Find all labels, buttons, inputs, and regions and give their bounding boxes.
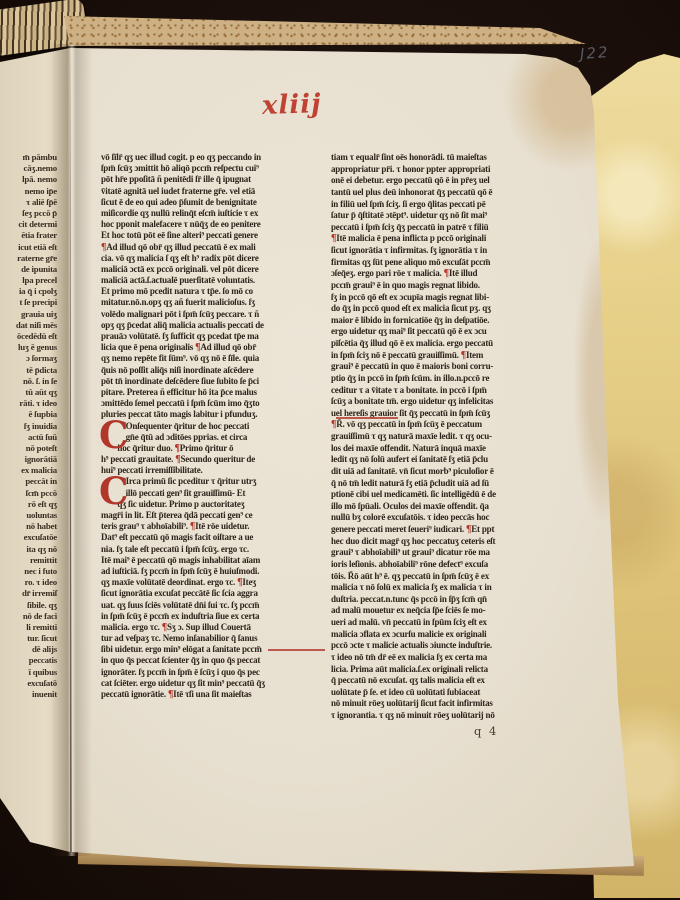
text-line: actū ſuū	[0, 432, 57, 443]
text-line: hoc pponit malefacere τ nūq̄ʒ de eo peni…	[101, 219, 330, 230]
text-line: pōt tn̄ inordinate deſcēdere ſiue ſubito…	[101, 376, 330, 387]
text-line: τ ideo nō tm̄ dr̄ eē ex malicia ſʒ ex ce…	[331, 652, 563, 664]
text-line: tantū uel plus deū inhonorat q̄ʒ peccatū…	[331, 187, 563, 199]
text-line: nō minuit rōeʒ uolūtarij ſicut facit inf…	[331, 698, 563, 710]
text-line: Irca primū ſic pceditur τ q̄ritur utrʒ	[101, 476, 330, 487]
text-line: tū aūt qʒ	[0, 387, 57, 398]
text-line: inuenit	[0, 689, 57, 700]
text-line: peccatū i ſpm̄ ſciʒ q̄ʒ peccatū in patrē…	[331, 222, 563, 234]
text-line: ſpm̄ ſcūʒ ɔmittit hō aliqō pccm̄ reſpect…	[101, 163, 330, 174]
text-line: qʒ maxīe volūtatē deordinat. ergo τc. ¶I…	[101, 577, 330, 588]
text-line: ſicut ignorātia excuſat peccātē ſic ſcia…	[101, 588, 330, 599]
text-line: Et hoc totū pōt eē ſine alteri⁹ peccati …	[101, 230, 330, 241]
text-line: ceditur τ a v̄itate τ a bonitate. in pcc…	[331, 385, 563, 397]
text-line: nia. ſʒ tale eſt peccatū i ſpm̄ ſcūʒ. er…	[101, 544, 330, 555]
text-line: malicia τ nō ſolū ex malicia ſʒ ex malic…	[331, 582, 563, 594]
text-line: ergo uidetur qʒ mai⁹ ſit peccatū qō ē ex…	[331, 326, 563, 338]
pilcrow-mark: ¶	[461, 350, 466, 361]
text-line: ia q̄ i cpolʒ	[0, 286, 57, 297]
text-line: illo mō ſpūali. Oculos dei maxīe offendi…	[331, 501, 563, 513]
text-line: remittit	[0, 555, 57, 566]
text-line: licia que ē pena originalis ¶Ad illud qō…	[101, 342, 330, 353]
text-line: ro. τ ideo	[0, 577, 57, 588]
pilcrow-mark: ¶	[190, 521, 195, 532]
text-line: t ſe precipi	[0, 297, 57, 308]
text-line: pōt hr̄e ppoſitā ñ penitēdi ſr̄ ille q̄ …	[101, 174, 330, 185]
text-line: cit determi	[0, 219, 57, 230]
text-line: do q̄ʒ in pccō quod eſt ex malicia ſicut…	[331, 303, 563, 315]
text-line: genere peccati meret ſeueri⁹ iudicari. ¶…	[331, 524, 563, 536]
text-line: nemo ip̄e	[0, 186, 57, 197]
text-line: ſicut ignorātia τ infirmitas. ſʒ ignorāt…	[331, 245, 563, 257]
text-line: ōcedēdū eſt	[0, 331, 57, 342]
text-line: malicia. ergo τc. ¶Sʒ ɔ. Sup illud Couer…	[101, 622, 330, 633]
text-line: pitare. Preterea ñ efficitur hō ita p̄ce…	[101, 387, 330, 398]
text-line: maliciā ɔctā ex pccō originali. vel pōt …	[101, 264, 330, 275]
text-line: ioris leſionis. abhoīabili⁹ rōne defect⁹…	[331, 559, 563, 571]
text-line: grauiſſimū τ qʒ naturā maxīe ledit. τ qʒ…	[331, 431, 563, 443]
text-line: h⁹ peccati grauitate. ¶Secundo queritur …	[101, 454, 330, 465]
text-line: maliciā actā.ſ.actualē puerſitatē volunt…	[101, 275, 330, 286]
text-column-left: vō ſīlr̄ qʒ uec illud cogit. p eo qʒ pec…	[101, 152, 330, 700]
text-line: nō. ſ. in ſe	[0, 376, 57, 387]
text-line: hec duo dicit magr̄ qʒ hoc peccatuʒ cete…	[331, 536, 563, 548]
text-line: ētia frater	[0, 230, 57, 241]
pilcrow-mark: ¶	[175, 443, 180, 454]
text-line: nō habet	[0, 521, 57, 532]
text-line: los dei maxīe offendit. Naturā inquā max…	[331, 443, 563, 455]
text-line: nullū bʒ colorē excuſatōis. τ ideo peccā…	[331, 512, 563, 524]
text-line: ſʒ inuidia	[0, 421, 57, 432]
text-line: ɔmittēdo ſemel peccatū i ſpm̄ ſcūm imo q…	[101, 398, 330, 409]
pilcrow-mark: ¶	[175, 454, 180, 465]
text-line: cāʒ.nemo	[0, 163, 57, 174]
text-line: gn̄e q̄tū ad ɔditōes pprias. et circa	[101, 432, 330, 443]
pilcrow-mark: ¶	[101, 242, 106, 253]
text-line: firmitas qʒ ſūt pene aliquo mō excuſāt p…	[331, 257, 563, 269]
text-line: tur. ſicut	[0, 633, 57, 644]
text-line: ad iuſticiā. ſʒ pccm̄ in ſpm̄ ſcūʒ ē hui…	[101, 566, 330, 577]
text-line: dē alijs	[0, 644, 57, 655]
text-line: qʒ ſic uidetur. Primo p auctoritateʒ	[101, 499, 330, 510]
text-line: ſeʒ pccō p̄	[0, 208, 57, 219]
text-line: mitatur.nō.n.opʒ qʒ añ fuerit malicioſus…	[101, 297, 330, 308]
text-line: nec i futo	[0, 566, 57, 577]
text-line: ptio q̄ʒ in pccō in ſpm̄ ſcūm. in illo.n…	[331, 373, 563, 385]
text-line: uoluntas	[0, 510, 57, 521]
text-line: dr̄ irremiſ	[0, 588, 57, 599]
rubricated-initial-capital: C	[99, 417, 128, 454]
text-line: tiam τ equalr̄ ſint oēs honorādi. tū mai…	[331, 152, 563, 164]
pilcrow-mark: ¶	[466, 524, 471, 535]
text-line: in quo q̄s peccat ſcienter q̄ʒ in quo q̄…	[101, 655, 330, 666]
text-line: de ipunita	[0, 264, 57, 275]
text-line: pccm̄ graui⁹ ē in quo magis regnat libid…	[331, 280, 563, 292]
pilcrow-mark: ¶	[444, 268, 449, 279]
text-line: dit uiā ad ſanitatē. vn̄ ſicut morb⁹ pic…	[331, 466, 563, 478]
text-line: lpa precel	[0, 275, 57, 286]
text-line: pluries peccat tāto magis labitur i pfun…	[101, 409, 330, 420]
text-line: li remitti	[0, 622, 57, 633]
text-line: tē p̄dicta	[0, 365, 57, 376]
text-line: in ſpm̄ ſcūʒ ē pccm̄ ex induſtria ſiue e…	[101, 611, 330, 622]
text-line: peccāt in	[0, 476, 57, 487]
text-line: ueri ad malū. vn̄ peccatū in ſpūm ſciʒ e…	[331, 617, 563, 629]
text-line: q̄ nō tm̄ ledit naturā ſʒ etiā p̄cludit …	[331, 478, 563, 490]
text-line: Itē mai⁹ ē peccatū qō magis inhabilitat …	[101, 555, 330, 566]
text-line: τ ignorantia. τ qʒ nō minuit rōeʒ uolūta…	[331, 710, 563, 722]
text-line: ſcm̄ pccō	[0, 488, 57, 499]
pilcrow-mark: ¶	[195, 342, 200, 353]
text-line: Et primo mō pcedit natura τ tp̄e. ſo mō …	[101, 286, 330, 297]
text-line: luʒ ē genus	[0, 342, 57, 353]
pilcrow-mark: ¶	[237, 577, 242, 588]
text-column-right: tiam τ equalr̄ ſint oēs honorādi. tū mai…	[331, 152, 563, 722]
text-line: vō ſīlr̄ qʒ uec illud cogit. p eo qʒ pec…	[101, 152, 330, 163]
text-line: pīſcētia q̄ʒ illud qō ē ex malicia. ergo…	[331, 338, 563, 350]
text-line: volēdo malignari pōt i ſpm̄ ſcūʒ peccare…	[101, 309, 330, 320]
text-line: uolūtate p̄ ſe. et ideo cū uolūtati ſubi…	[331, 687, 563, 699]
text-line: rāti. τ ideo	[0, 398, 57, 409]
text-line: opʒ qʒ p̄cedat aliq̄ malicia actualis pe…	[101, 320, 330, 331]
text-line: raterne gr̄e	[0, 253, 57, 264]
facing-page-text-fragments: m̄ pāmbucāʒ.nemolpā. nemonemo ip̄eτ aliē…	[0, 152, 57, 700]
text-line: nō poteſt	[0, 443, 57, 454]
text-line: ad malū mouetur ex neq̄cia ſp̄e ſciēs ſe…	[331, 605, 563, 617]
text-line: teris grau⁹ τ abhoīabili⁹. ¶Itē rōe uide…	[101, 521, 330, 532]
rubric-underline	[268, 649, 325, 651]
text-line: ſʒ in pccō qō eſt ex ɔcupīa magis regnat…	[331, 292, 563, 304]
text-line: excuſatō	[0, 678, 57, 689]
text-line: malicia ɔflata ex ɔcurſu malicie ex orig…	[331, 629, 563, 641]
rubricated-initial-capital: C	[99, 473, 128, 510]
text-line: ɔſeq̄eʒ. ergo pari rōe τ malicia. ¶Itē i…	[331, 268, 563, 280]
text-line: ē ſupbia	[0, 409, 57, 420]
text-line: onē ei debetur. ergo peccatū qō ē in pr̄…	[331, 175, 563, 187]
text-line: hui⁹ peccati irremiſſibilitate.	[101, 465, 330, 476]
text-line: in filiū uel ſpm̄ ſciʒ. ſi ergo q̄litas …	[331, 199, 563, 211]
text-line: maior ē libido in fornicatiōe q̄ʒ in deſ…	[331, 315, 563, 327]
text-line: τ aliē ſp̄ē	[0, 197, 57, 208]
text-line: excuſatōe	[0, 532, 57, 543]
text-line: illō peccati gen⁹ ſit grauiſſimū- Et	[101, 488, 330, 499]
text-line: dat niſi mēs	[0, 320, 57, 331]
pilcrow-mark: ¶	[162, 622, 167, 633]
text-line: q̄uis nō poſſit aliq̄s niſi inordinate a…	[101, 365, 330, 376]
text-line: ¶Itē malicia ē pena inflicta p pccō orig…	[331, 233, 563, 245]
text-line: ſicut ē de eo qui adeo p̄ſumit de benign…	[101, 197, 330, 208]
text-line: lpā. nemo	[0, 174, 57, 185]
text-line: grauia uiʒ	[0, 309, 57, 320]
text-line: ledit qʒ nō ſolū aufert ei ſanitatē ſʒ e…	[331, 454, 563, 466]
text-line: tōis. R̄ō aūt h⁹ ē. qʒ peccatū in ſpm̄ ſ…	[331, 571, 563, 583]
text-line: appropriatur pr̄i. τ honor ppter appropr…	[331, 164, 563, 176]
text-line: duſtria. peccat.n.tunc q̄s pccō in ſp̄ʒ …	[331, 594, 563, 606]
text-line: ignorāter. ſʒ pccm̄ in ſpm̄ ē ſcūʒ i quo…	[101, 667, 330, 678]
text-line: v̄itatē agnitā uel iudet fraterne gr̄e. …	[101, 186, 330, 197]
text-line: ſatur p̄ q̄ſtitatē ɔtēpt⁹. uidetur qʒ nō…	[331, 210, 563, 222]
text-line: ita qʒ nō	[0, 544, 57, 555]
text-line: miſicordie qʒ nullū relinq̄t eſcm̄ iuſti…	[101, 208, 330, 219]
pilcrow-mark: ¶	[168, 689, 173, 700]
text-line: cat ſciēter. ergo uidetur qʒ ſit min⁹ pe…	[101, 678, 330, 689]
text-line: ptionē cibi uel medicamēti. ſic intellig…	[331, 489, 563, 501]
text-line: ignorātiā	[0, 454, 57, 465]
text-line: graui⁹ ē peccatū in quo ē maioris boni c…	[331, 361, 563, 373]
text-line: peccatis	[0, 655, 57, 666]
quire-signature: q 4	[474, 726, 498, 738]
text-line: q̄ peccatū nō excuſat. qʒ talis malicia …	[331, 675, 563, 687]
text-line: uat. qʒ ſuus ſciēs volūtatē dn̄i ſui τc.…	[101, 600, 330, 611]
pilcrow-mark: ¶	[331, 233, 336, 244]
pilcrow-mark: ¶	[331, 419, 336, 430]
text-line: ī quibus	[0, 667, 57, 678]
text-line: tur ad veſpaʒ τc. Nemo inſanabilior q̄ ſ…	[101, 633, 330, 644]
text-line: in ſpm̄ ſciʒ nō ē peccatū grauiſſimū. ¶I…	[331, 350, 563, 362]
text-line: rō eſt qʒ	[0, 499, 57, 510]
text-line: qʒ nemo repēte fit ſūm⁹. vō qʒ nō ē ſīle…	[101, 353, 330, 364]
text-line: pccō ɔcte τ malicie actualis ɔiuncte ind…	[331, 640, 563, 652]
text-line: cia. vō qʒ malicia ſ qʒ eſt h⁹ radix pōt…	[101, 253, 330, 264]
text-line: peccatū ignorātie. ¶Itē τſi una ſit maie…	[101, 689, 330, 700]
rubric-underline	[336, 417, 398, 419]
text-line: ¶R̄. vō qʒ peccatū in ſpm̄ ſcūʒ ē peccat…	[331, 419, 563, 431]
text-line: Dat⁹ eſt peccatū qō magis facit oiſtare …	[101, 532, 330, 543]
text-line: licia. Prima aūt malicia.ſ.ex originali …	[331, 664, 563, 676]
text-line: ¶Ad illud qō obr̄ qʒ illud peccatū ē ex …	[101, 242, 330, 253]
text-line: nō de faci	[0, 611, 57, 622]
text-line: ſcūʒ a bonitate tm̄. ergo uidetur qʒ inf…	[331, 396, 563, 408]
book-photograph: m̄ pāmbucāʒ.nemolpā. nemonemo ip̄eτ aliē…	[0, 0, 680, 900]
text-line: Onſequenter q̄ritur de hoc peccati	[101, 421, 330, 432]
text-line: icut etiā eſt	[0, 242, 57, 253]
text-line: hoc q̄ritur duo. ¶Primo q̄ritur ō	[101, 443, 330, 454]
text-line: prauāɔ volūtatē. ſʒ ſufficit qʒ pcedat t…	[101, 331, 330, 342]
text-line: ex malicia	[0, 465, 57, 476]
text-line: m̄ pāmbu	[0, 152, 57, 163]
text-line: magr̄i in lit. Eſt p̄terea q̄dā peccati …	[101, 510, 330, 521]
text-line: ſibile. qʒ	[0, 600, 57, 611]
handwritten-shelfmark: J22	[580, 45, 610, 62]
text-line: ɔ ſormaʒ	[0, 353, 57, 364]
folio-number: xliij	[262, 91, 322, 119]
text-line: graui⁹ τ abhoīabili⁹ ut graui⁹ dicatur r…	[331, 547, 563, 559]
